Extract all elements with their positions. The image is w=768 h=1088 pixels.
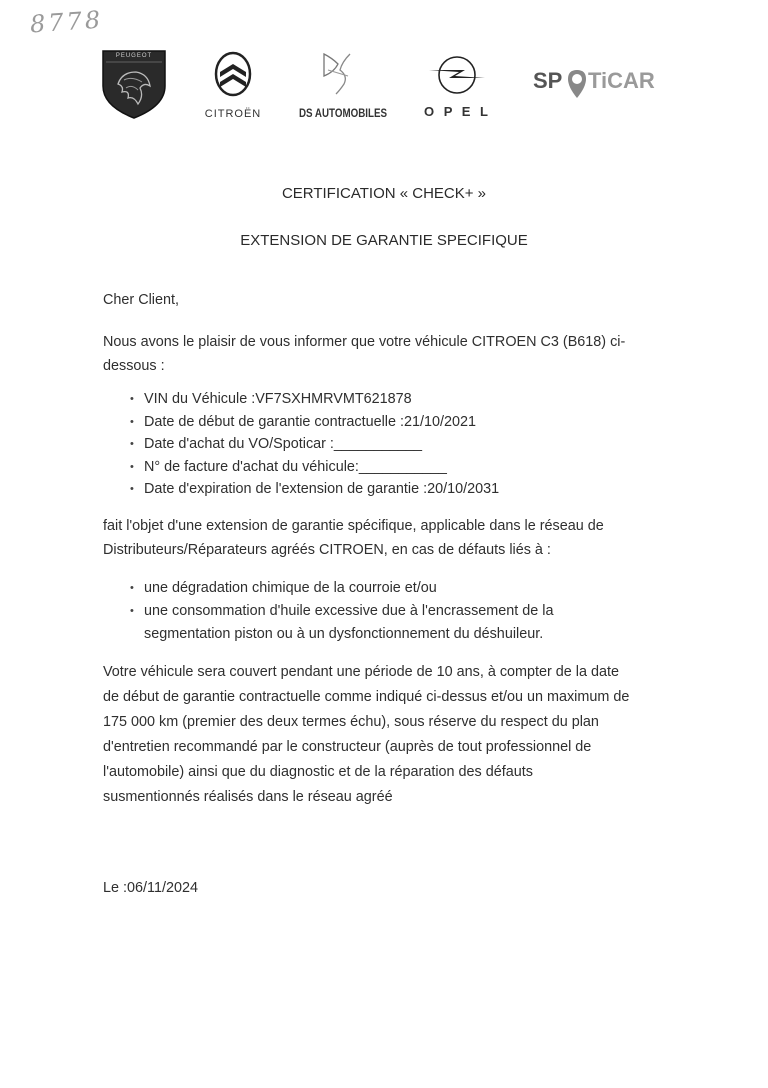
vin-item: VIN du Véhicule :VF7SXHMRVMT621878 [130, 388, 499, 411]
opel-label: O P E L [415, 104, 500, 119]
coverage-terms-line: susmentionnés réalisés dans le réseau ag… [103, 785, 629, 810]
defect-item: une consommation d'huile excessive due à… [130, 600, 553, 623]
coverage-terms-line: d'entretien recommandé par le constructe… [103, 735, 629, 760]
citroen-logo: CITROËN [198, 50, 268, 122]
ds-automobiles-logo: DS AUTOMOBILES [288, 50, 398, 122]
location-pin-icon [567, 69, 587, 99]
coverage-terms-line: de début de garantie contractuelle comme… [103, 685, 629, 710]
defect-item: une dégradation chimique de la courroie … [130, 577, 553, 600]
coverage-intro: fait l'objet d'une extension de garantie… [103, 514, 604, 562]
ds-label: DS AUTOMOBILES [296, 108, 390, 120]
intro-line-2: dessous : [103, 354, 625, 378]
vehicle-details-list: VIN du Véhicule :VF7SXHMRVMT621878 Date … [130, 388, 499, 501]
intro-line-1: Nous avons le plaisir de vous informer q… [103, 330, 625, 354]
intro-paragraph: Nous avons le plaisir de vous informer q… [103, 330, 625, 378]
coverage-terms-line: 175 000 km (premier des deux termes échu… [103, 710, 629, 735]
expiration-date-item: Date d'expiration de l'extension de gara… [130, 478, 499, 501]
citroen-label: CITROËN [198, 108, 268, 120]
citroen-chevrons-icon [213, 50, 253, 98]
spoticar-label-right: TiCAR [588, 68, 655, 94]
purchase-date-item: Date d'achat du VO/Spoticar :___________ [130, 433, 499, 456]
extension-title: EXTENSION DE GARANTIE SPECIFIQUE [0, 232, 768, 249]
coverage-terms-line: l'automobile) ainsi que du diagnostic et… [103, 760, 629, 785]
document-date: Le :06/11/2024 [103, 876, 198, 900]
ds-emblem-icon [318, 50, 358, 96]
coverage-intro-line-1: fait l'objet d'une extension de garantie… [103, 514, 604, 538]
spoticar-logo: SP TiCAR [533, 68, 683, 108]
coverage-terms-line: Votre véhicule sera couvert pendant une … [103, 660, 629, 685]
warranty-start-item: Date de début de garantie contractuelle … [130, 411, 499, 434]
defect-item-continuation: segmentation piston ou à un dysfonctionn… [130, 623, 553, 646]
invoice-number-item: N° de facture d'achat du véhicule:______… [130, 456, 499, 479]
defects-list: une dégradation chimique de la courroie … [130, 577, 553, 646]
peugeot-badge-text: PEUGEOT [100, 53, 168, 59]
handwritten-note: 8778 [29, 5, 104, 38]
coverage-intro-line-2: Distributeurs/Réparateurs agréés CITROEN… [103, 538, 604, 562]
spoticar-label-left: SP [533, 68, 562, 94]
peugeot-logo: PEUGEOT [100, 48, 168, 120]
opel-logo: O P E L [415, 52, 500, 122]
greeting: Cher Client, [103, 288, 179, 312]
opel-blitz-icon [427, 52, 487, 98]
certification-title: CERTIFICATION « CHECK+ » [0, 185, 768, 202]
coverage-terms-paragraph: Votre véhicule sera couvert pendant une … [103, 660, 629, 810]
